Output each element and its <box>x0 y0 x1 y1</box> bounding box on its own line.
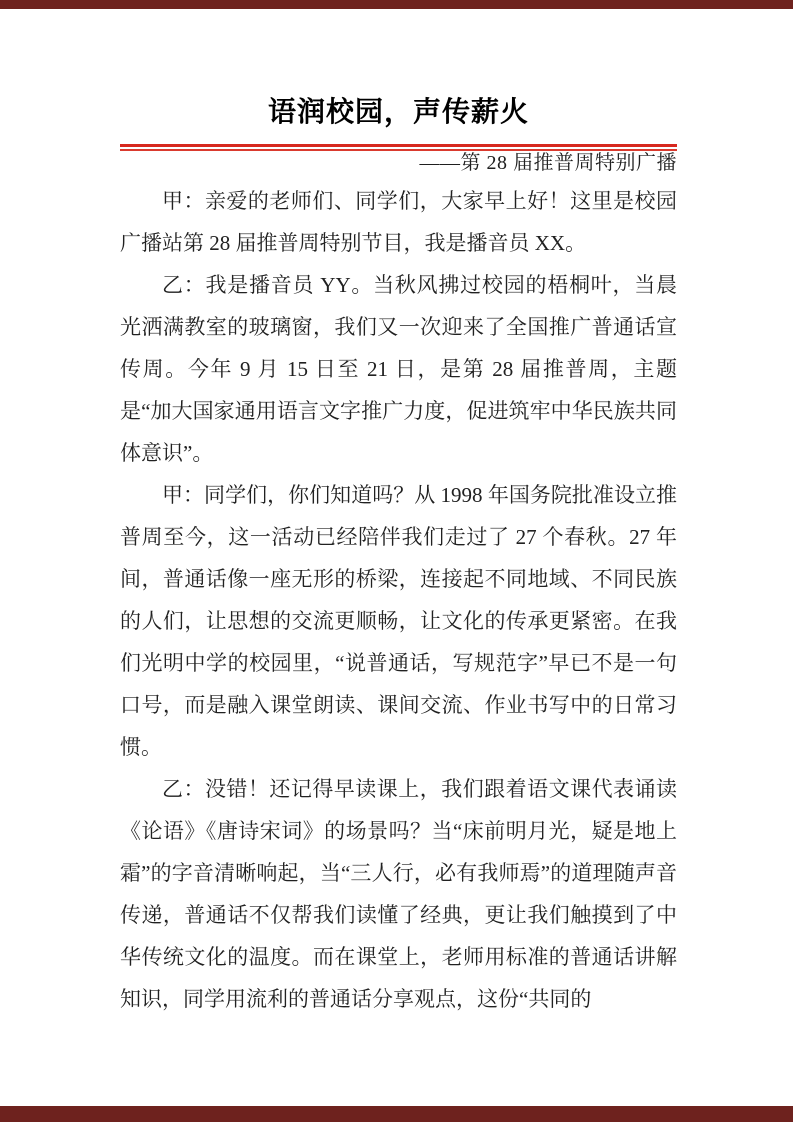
document-title: 语润校园，声传薪火 <box>120 97 677 127</box>
body-paragraph: 甲：同学们，你们知道吗？从 1998 年国务院批准设立推普周至今，这一活动已经陪… <box>120 474 677 768</box>
body-paragraph: 甲：亲爱的老师们、同学们，大家早上好！这里是校园广播站第 28 届推普周特别节目… <box>120 180 677 264</box>
body-paragraph: 乙：没错！还记得早读课上，我们跟着语文课代表诵读《论语》《唐诗宋词》的场景吗？当… <box>120 768 677 1020</box>
document-subtitle: ——第 28 届推普周特别广播 <box>120 150 677 176</box>
document-body: 甲：亲爱的老师们、同学们，大家早上好！这里是校园广播站第 28 届推普周特别节目… <box>120 180 677 1020</box>
viewer-background-bottom-band <box>0 1106 793 1122</box>
body-paragraph: 乙：我是播音员 YY。当秋风拂过校园的梧桐叶，当晨光洒满教室的玻璃窗，我们又一次… <box>120 264 677 474</box>
document-page: 语润校园，声传薪火 ——第 28 届推普周特别广播 甲：亲爱的老师们、同学们，大… <box>0 0 793 1122</box>
document-content: 语润校园，声传薪火 ——第 28 届推普周特别广播 甲：亲爱的老师们、同学们，大… <box>120 0 677 1020</box>
